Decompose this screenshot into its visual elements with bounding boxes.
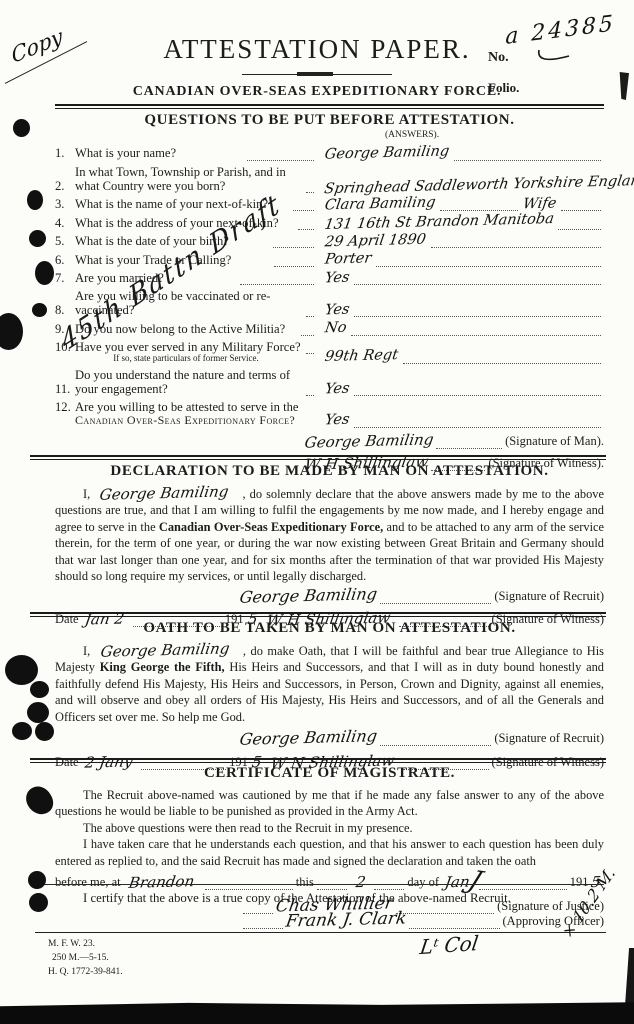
declaration-paragraph: I, George Bamiling, do solemnly declare … (55, 486, 604, 584)
question-row: 3.What is the name of your next-of-kin? … (55, 197, 604, 212)
recruit-signature: George Bamiling (239, 586, 379, 606)
rule-after-oath (30, 758, 606, 763)
question-number: 6. (55, 253, 75, 267)
question-row: 1.What is your name? George Bamiling (55, 146, 604, 161)
rule-header (55, 104, 604, 109)
question-row: 12.Are you willing to be attested to ser… (55, 400, 604, 428)
ink-blob (5, 655, 38, 685)
declaration-force-bold: Canadian Over-Seas Expeditionary Force, (159, 520, 383, 534)
answer-handwritten: Springhead Saddleworth Yorkshire England (321, 174, 634, 197)
ink-blob (28, 871, 46, 889)
answer-handwritten-right: Wife (520, 196, 560, 211)
ink-blob (30, 681, 49, 698)
question-text: Do you understand the nature and terms o… (75, 368, 303, 396)
question-text: Are you willing to be attested to serve … (75, 400, 317, 414)
form-imprint-line1: M. F. W. 23. (48, 938, 123, 952)
no-label: No. (488, 50, 509, 66)
day-handwritten: 2 (349, 875, 373, 891)
certificate-paragraph-2: The above questions were then read to th… (55, 820, 604, 836)
before-me-row: before me, at Brandon this 2 day of Jan … (55, 875, 604, 890)
oath-paragraph: I, George Bamiling, do make Oath, that I… (55, 643, 604, 725)
signature-of-recruit-label: (Signature of Recruit) (494, 589, 604, 604)
signature-of-recruit-label: (Signature of Recruit) (494, 731, 604, 746)
question-number: 1. (55, 146, 75, 160)
question-row: 9.Do you now belong to the Active Militi… (55, 321, 604, 336)
question-number: 5. (55, 234, 75, 248)
oath-heading: OATH TO BE TAKEN BY MAN ON ATTESTATION. (55, 620, 604, 637)
signature-of-man-row: George Bamiling (Signature of Man). (305, 434, 604, 449)
scan-edge-right (625, 948, 634, 1006)
answer-handwritten: 29 April 1890 (322, 232, 429, 249)
form-imprint-line2: 250 M.—5-15. (52, 952, 123, 966)
ink-blob (35, 722, 54, 741)
ink-blob (32, 303, 47, 317)
form-imprint-line3: H. Q. 1772-39-841. (48, 966, 123, 980)
declaration-heading: DECLARATION TO BE MADE BY MAN ON ATTESTA… (55, 463, 604, 480)
question-row: 10.Have you ever served in any Military … (55, 340, 604, 364)
rule-footer (35, 932, 606, 933)
serial-flourish (535, 46, 585, 64)
answer-handwritten: 131 16th St Brandon Manitoba (321, 212, 557, 233)
questions-heading: QUESTIONS TO BE PUT BEFORE ATTESTATION. (55, 112, 604, 129)
question-number: 8. (55, 303, 75, 317)
attestation-paper-page: Copy ATTESTATION PAPER. No. a 24385 Foli… (0, 0, 634, 1024)
recruit-signature: George Bamiling (239, 728, 379, 748)
question-number: 2. (55, 179, 75, 193)
ink-blob (13, 119, 30, 137)
rule-after-questions (30, 455, 606, 460)
question-row: 2.In what Town, Township or Parish, and … (55, 165, 604, 193)
question-text-smallcaps: Canadian Over-Seas Expeditionary Force? (75, 414, 317, 427)
question-row: 5.What is the date of your birth? 29 Apr… (55, 234, 604, 249)
certificate-paragraph-3: I have taken care that he understands ea… (55, 836, 604, 869)
lt-col-annotation: Lᵗ Col (419, 933, 480, 957)
question-number: 7. (55, 271, 75, 285)
question-text: What is your name? (75, 146, 244, 160)
ink-blob (0, 313, 23, 350)
place-handwritten: Brandon (119, 874, 203, 891)
approving-officer-row: Frank J. Clark (Approving Officer) (240, 912, 604, 929)
declaration-name-handwritten: George Bamiling (93, 484, 244, 503)
rule-after-justice (35, 884, 604, 885)
question-number: 11. (55, 382, 75, 396)
day-of-label: day of (407, 875, 439, 890)
answer-handwritten: Clara Bamiling (322, 195, 439, 212)
force-line: CANADIAN OVER-SEAS EXPEDITIONARY FORCE. (0, 84, 634, 100)
this-label: this (296, 875, 314, 890)
question-number: 3. (55, 197, 75, 211)
answer-handwritten: No (322, 321, 350, 336)
oath-section: OATH TO BE TAKEN BY MAN ON ATTESTATION. … (55, 620, 604, 770)
oath-king-bold: King George the Fifth, (100, 660, 225, 674)
declaration-section: DECLARATION TO BE MADE BY MAN ON ATTESTA… (55, 463, 604, 627)
answer-handwritten: Yes (322, 413, 353, 428)
ink-blob (27, 190, 43, 210)
question-number: 4. (55, 216, 75, 230)
scan-edge-bottom (0, 992, 634, 1024)
oath-pre: I, (83, 644, 90, 658)
answers-label: (ANSWERS). (385, 130, 604, 140)
question-row: 4.What is the address of your next-of-ki… (55, 215, 604, 230)
answer-handwritten: Porter (322, 252, 375, 268)
declaration-recruit-signature-row: George Bamiling (Signature of Recruit) (240, 588, 604, 604)
oath-recruit-signature-row: George Bamiling (Signature of Recruit) (240, 730, 604, 746)
certificate-paragraph-1: The Recruit above-named was cautioned by… (55, 787, 604, 820)
certificate-heading: CERTIFICATE OF MAGISTRATE. (55, 765, 604, 782)
question-row: 11.Do you understand the nature and term… (55, 368, 604, 396)
ink-blob (12, 722, 32, 740)
answer-handwritten: 99th Regt (322, 348, 401, 365)
ink-blob (35, 261, 54, 285)
answer-handwritten: Yes (322, 303, 353, 318)
ink-blob (29, 893, 48, 912)
approving-officer-signature: Frank J. Clark (284, 910, 407, 930)
man-signature: George Bamiling (304, 432, 435, 450)
certify-line: I certify that the above is a true copy … (55, 890, 604, 907)
ink-blob (29, 230, 46, 247)
ink-blob (21, 782, 57, 820)
question-text: Have you ever served in any Military For… (75, 340, 303, 354)
question-row: 6.What is your Trade or Calling? Porter (55, 252, 604, 267)
title-underline-thick (297, 72, 333, 76)
declaration-pre: I, (83, 487, 90, 501)
ink-blob (27, 702, 49, 723)
question-number: 12. (55, 400, 75, 414)
before-me-label: before me, at (55, 875, 121, 890)
question-note: If so, state particulars of former Servi… (55, 354, 317, 364)
oath-name-handwritten: George Bamiling (93, 641, 244, 660)
form-imprint: M. F. W. 23. 250 M.—5-15. H. Q. 1772-39-… (48, 938, 123, 979)
rule-after-declaration (30, 612, 606, 617)
answer-handwritten: Yes (322, 381, 353, 396)
signature-of-man-label: (Signature of Man). (505, 434, 604, 449)
answer-handwritten: Yes (322, 270, 353, 285)
true-copy-block: I certify that the above is a true copy … (55, 890, 604, 929)
answer-handwritten: George Bamiling (322, 144, 453, 162)
question-text: In what Town, Township or Parish, and in… (75, 165, 303, 193)
